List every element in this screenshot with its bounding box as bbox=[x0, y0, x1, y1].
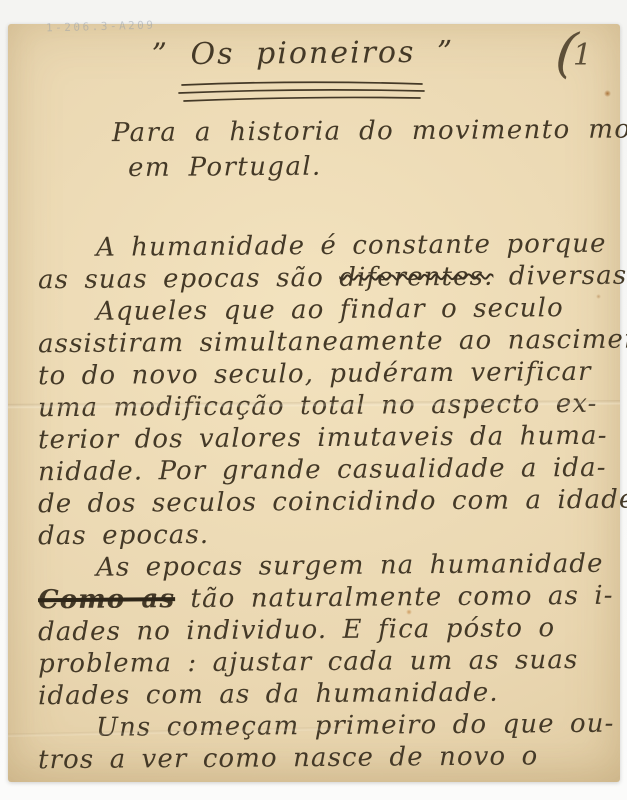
text-segment: nidade. Por grande casualidade a ida- bbox=[38, 453, 607, 487]
page-title: ” Os pioneiros ” bbox=[138, 35, 468, 73]
manuscript-line: assistiram simultaneamente ao nascimen- bbox=[38, 324, 608, 360]
title-underline-flourish bbox=[176, 78, 426, 108]
manuscript-line: A humanidade é constante porque bbox=[38, 228, 608, 264]
text-segment: to do novo seculo, pudéram verificar bbox=[38, 357, 592, 391]
manuscript-line: Aqueles que ao findar o seculo bbox=[38, 292, 608, 328]
paper-stain bbox=[604, 90, 611, 97]
manuscript-line: uma modificação total no aspecto ex- bbox=[38, 388, 608, 424]
manuscript-line: As epocas surgem na humanidade bbox=[38, 548, 608, 584]
struck-text: Como as bbox=[38, 584, 175, 615]
text-segment: de dos seculos coincidindo com a idade bbox=[38, 485, 627, 520]
manuscript-line: Uns começam primeiro do que ou- bbox=[38, 708, 608, 744]
manuscript-line: problema : ajustar cada um as suas bbox=[38, 644, 608, 680]
text-segment: assistiram simultaneamente ao nascimen- bbox=[38, 324, 627, 359]
text-segment: terior dos valores imutaveis da huma- bbox=[38, 421, 608, 455]
archive-stamp: 1-206.3-A209 bbox=[46, 19, 156, 35]
text-segment: as suas epocas são bbox=[38, 263, 340, 295]
text-segment: A humanidade é constante porque bbox=[96, 229, 607, 263]
text-segment: As epocas surgem na humanidade bbox=[96, 549, 604, 583]
subtitle-line-2: em Portugal. bbox=[112, 147, 627, 186]
manuscript-line: idades com as da humanidade. bbox=[38, 676, 608, 712]
manuscript-line: Como as tão naturalmente como as i- bbox=[38, 580, 608, 616]
text-segment: idades com as da humanidade. bbox=[38, 678, 499, 712]
manuscript-line: dades no individuo. E fica pósto o bbox=[38, 612, 608, 648]
manuscript-paper: 1-206.3-A209 (1 ” Os pioneiros ” Para a … bbox=[8, 24, 620, 782]
struck-text: diferentes. bbox=[339, 262, 493, 293]
text-segment: Aqueles que ao findar o seculo bbox=[96, 293, 564, 327]
text-segment: tros a ver como nasce de novo o bbox=[38, 741, 539, 775]
manuscript-lines: A humanidade é constante porqueas suas e… bbox=[38, 230, 608, 774]
manuscript-line: to do novo seculo, pudéram verificar bbox=[38, 356, 608, 392]
manuscript-line: tros a ver como nasce de novo o bbox=[38, 740, 608, 776]
manuscript-line: das epocas. bbox=[38, 516, 608, 552]
page-number: (1 bbox=[556, 26, 592, 80]
manuscript-line: de dos seculos coincidindo com a idade bbox=[38, 484, 608, 520]
scanned-page-background: 1-206.3-A209 (1 ” Os pioneiros ” Para a … bbox=[0, 0, 627, 800]
text-segment: Uns começam primeiro do que ou- bbox=[96, 709, 615, 743]
text-segment: tão naturalmente como as i- bbox=[175, 581, 614, 614]
text-segment: uma modificação total no aspecto ex- bbox=[38, 389, 598, 423]
text-segment: problema : ajustar cada um as suas bbox=[38, 645, 579, 679]
manuscript-line: as suas epocas são diferentes. diversas. bbox=[38, 260, 608, 296]
text-segment: diversas. bbox=[493, 261, 627, 292]
text-segment: das epocas. bbox=[38, 520, 209, 551]
manuscript-line: terior dos valores imutaveis da huma- bbox=[38, 420, 608, 456]
subtitle: Para a historia do movimento moderno em … bbox=[112, 112, 627, 186]
manuscript-line: nidade. Por grande casualidade a ida- bbox=[38, 452, 608, 488]
subtitle-line-1: Para a historia do movimento moderno bbox=[112, 112, 627, 151]
text-segment: dades no individuo. E fica pósto o bbox=[38, 613, 555, 647]
